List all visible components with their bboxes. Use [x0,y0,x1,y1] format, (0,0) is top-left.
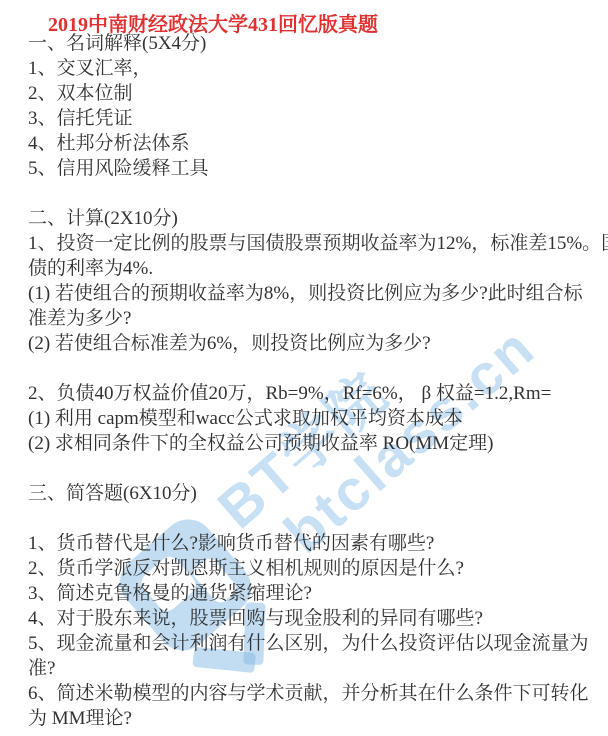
document-line: 3、简述克鲁格曼的通货紧缩理论? [28,581,608,606]
document-line: 三、简答题(6X10分) [28,481,608,506]
document-line: 二、计算(2X10分) [28,206,608,231]
document-line: 1、投资一定比例的股票与国债股票预期收益率为12%，标准差15%。国 [28,231,608,256]
document-line: 4、对于股东来说，股票回购与现金股利的异同有哪些? [28,606,608,631]
document-line: 1、货币替代是什么?影响货币替代的因素有哪些? [28,531,608,556]
document-line: 6、简述米勒模型的内容与学术贡献，并分析其在什么条件下可转化 [28,681,608,706]
document-line: 5、现金流量和会计利润有什么区别，为什么投资评估以现金流量为 [28,631,608,656]
document-line: 4、杜邦分析法体系 [28,131,608,156]
document-line [28,356,608,381]
document-line: 债的利率为4%. [28,256,608,281]
document-line [28,181,608,206]
document-line: (2) 若使组合标准差为6%，则投资比例应为多少? [28,331,608,356]
document-line: 3、信托凭证 [28,106,608,131]
exam-document-page: BT学院 btclass.cn 2019中南财经政法大学431回忆版真题 一、名… [0,0,608,736]
document-line: 一、名词解释(5X4分) [28,31,608,56]
document-line: 1、交叉汇率， [28,56,608,81]
document-line: 准差为多少? [28,306,608,331]
document-line [28,506,608,531]
document-line: (1) 若使组合的预期收益率为8%，则投资比例应为多少?此时组合标 [28,281,608,306]
document-line: 2、负债40万权益价值20万，Rb=9%，Rf=6%， β 权益=1.2,Rm= [28,381,608,406]
document-line: 准? [28,656,608,681]
document-line: 为 MM理论? [28,706,608,731]
document-line: 2、双本位制 [28,81,608,106]
document-line: 5、信用风险缓释工具 [28,156,608,181]
document-line: (2) 求相同条件下的全权益公司预期收益率 RO(MM定理) [28,431,608,456]
document-line: (1) 利用 capm模型和wacc公式求取加权平均资本成本 [28,406,608,431]
document-lines: 一、名词解释(5X4分)1、交叉汇率，2、双本位制3、信托凭证4、杜邦分析法体系… [28,31,608,731]
document-line [28,456,608,481]
document-line: 2、货币学派反对凯恩斯主义相机规则的原因是什么? [28,556,608,581]
